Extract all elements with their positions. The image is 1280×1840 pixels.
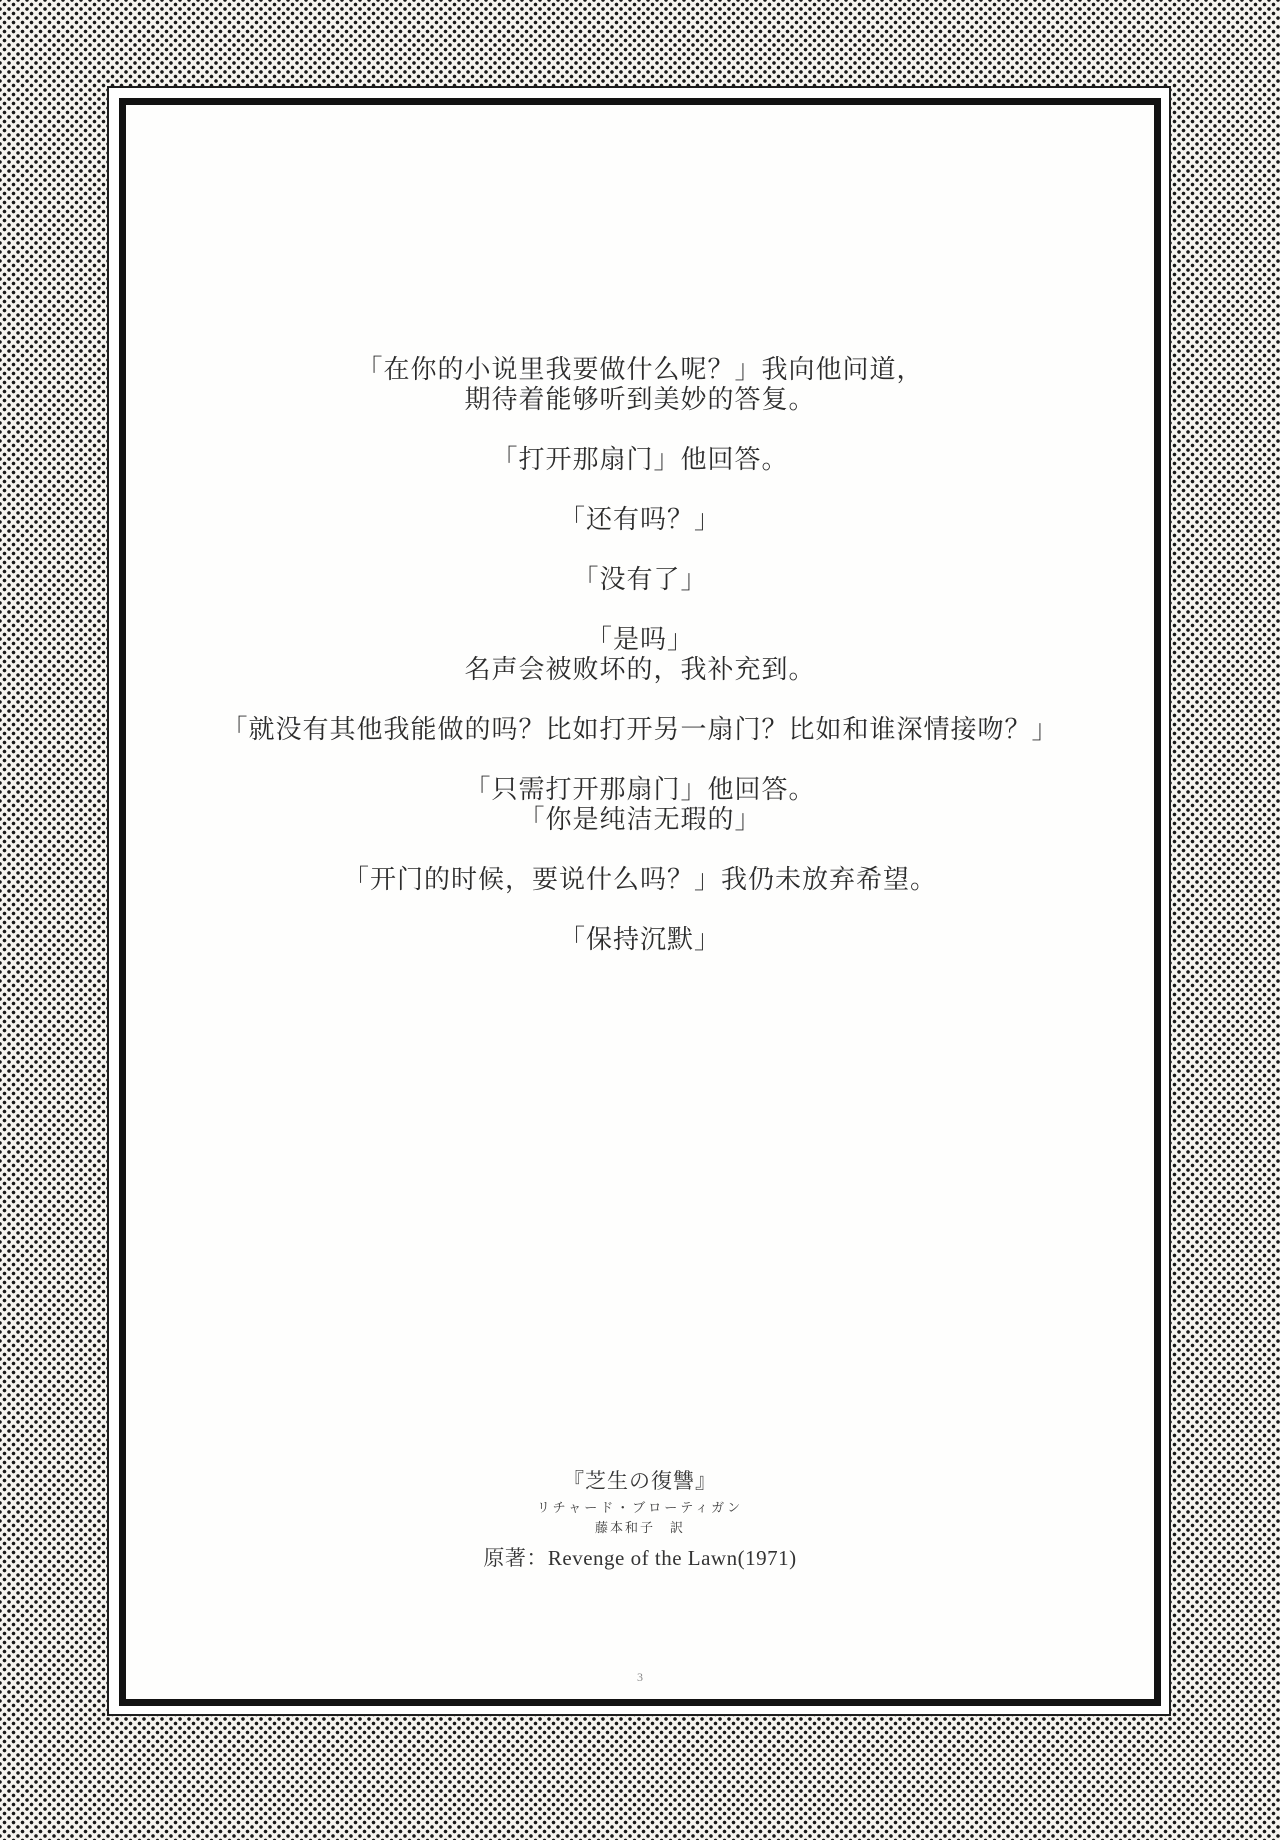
poem-line: 「是吗」 [586,625,694,654]
poem-stanza: 「打开那扇门」他回答。 [126,445,1154,475]
poem-stanza: 「是吗」名声会被败坏的，我补充到。 [126,625,1154,685]
source-original-title: 原著：Revenge of the Lawn(1971) [126,1544,1154,1572]
page-number: 3 [126,1670,1154,1685]
poem-line: 「还有吗？」 [559,505,721,534]
poem-stanza: 「就没有其他我能做的吗？比如打开另一扇门？比如和谁深情接吻？」 [126,715,1154,745]
poem-line: 期待着能够听到美妙的答复。 [464,385,815,414]
colophon: 『芝生の復讐』 リチャード・ブローティガン 藤本和子 訳 原著：Revenge … [126,1468,1154,1572]
source-author: リチャード・ブローティガン [126,1498,1154,1518]
poem: 「在你的小说里我要做什么呢？」我向他问道，期待着能够听到美妙的答复。「打开那扇门… [126,355,1154,985]
poem-stanza: 「没有了」 [126,565,1154,595]
poem-line: 「在你的小说里我要做什么呢？」我向他问道， [356,355,923,384]
poem-line: 「就没有其他我能做的吗？比如打开另一扇门？比如和谁深情接吻？」 [221,715,1058,744]
poem-stanza: 「还有吗？」 [126,505,1154,535]
poem-line: 「只需打开那扇门」他回答。 [464,775,815,804]
poem-stanza: 「只需打开那扇门」他回答。「你是纯洁无瑕的」 [126,775,1154,835]
halftone-scan-background: 「在你的小说里我要做什么呢？」我向他问道，期待着能够听到美妙的答复。「打开那扇门… [0,0,1280,1840]
poem-line: 「你是纯洁无瑕的」 [518,805,761,834]
source-title: 『芝生の復讐』 [126,1468,1154,1494]
poem-line: 「没有了」 [572,565,707,594]
poem-line: 「打开那扇门」他回答。 [491,445,788,474]
poem-line: 名声会被败坏的，我补充到。 [464,655,815,684]
poem-line: 「保持沉默」 [559,925,721,954]
poem-stanza: 「保持沉默」 [126,925,1154,955]
source-translator: 藤本和子 訳 [126,1518,1154,1538]
poem-stanza: 「在你的小说里我要做什么呢？」我向他问道，期待着能够听到美妙的答复。 [126,355,1154,415]
poem-stanza: 「开门的时候，要说什么吗？」我仍未放弃希望。 [126,865,1154,895]
poem-line: 「开门的时候，要说什么吗？」我仍未放弃希望。 [343,865,937,894]
book-page: 「在你的小说里我要做什么呢？」我向他问道，期待着能够听到美妙的答复。「打开那扇门… [119,98,1161,1706]
